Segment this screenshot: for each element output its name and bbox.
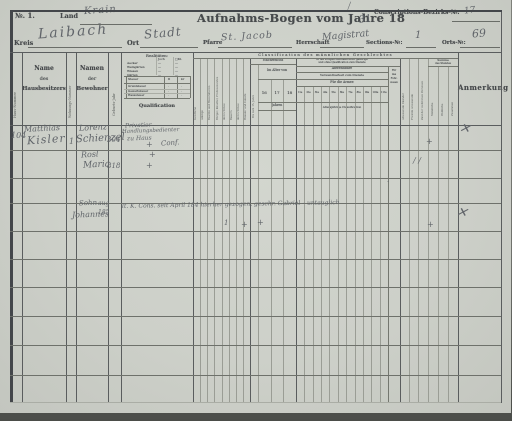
grid-line bbox=[218, 47, 292, 48]
grid-line bbox=[258, 102, 296, 103]
summe-group-title: des Standes bbox=[428, 63, 458, 66]
handwriting-entry: 185 bbox=[98, 210, 109, 216]
kreuzer-label: kr bbox=[181, 78, 184, 81]
handwriting-entry: + bbox=[427, 221, 434, 229]
classification-title: Classification des männlichen Geschlecht… bbox=[193, 53, 458, 57]
steuer-row-dot: · bbox=[181, 85, 182, 88]
vertical-column-label: Bauern bbox=[231, 110, 234, 120]
grid-line bbox=[313, 86, 314, 402]
handwriting-entry: + bbox=[146, 141, 153, 149]
form-title: Aufnahms-Bogen vom Jahre 18 bbox=[197, 13, 405, 25]
handwriting-entry: + bbox=[257, 219, 264, 227]
vertical-column-label: deren Söhne bbox=[238, 103, 241, 120]
grid-line bbox=[10, 178, 501, 179]
age-class-cell: 11te bbox=[380, 92, 388, 95]
grid-line bbox=[296, 72, 388, 73]
grid-line bbox=[320, 47, 364, 48]
vertical-column-label: Fremde Anwesende bbox=[412, 94, 415, 120]
realitaeten-row-dash: — bbox=[158, 74, 161, 77]
owner-column-header: Hausbesitzers bbox=[22, 87, 66, 93]
grid-line bbox=[428, 66, 458, 67]
grid-line bbox=[321, 86, 322, 402]
grid-line bbox=[418, 58, 419, 402]
anmerkung-column-header: Anmerkung bbox=[458, 84, 502, 91]
grid-line bbox=[250, 58, 251, 402]
grid-line bbox=[250, 64, 296, 65]
sections-label: Sections-№: bbox=[366, 41, 403, 47]
age-class-cell: 8te bbox=[355, 92, 363, 95]
nachwuchs-title: Nachwuchs bbox=[250, 59, 296, 63]
age-class-cell: 6te bbox=[338, 92, 346, 95]
grid-line bbox=[258, 79, 296, 80]
handwriting-entry: Conf. bbox=[161, 139, 180, 147]
grid-line bbox=[409, 58, 410, 402]
grid-line bbox=[140, 47, 198, 48]
grid-line bbox=[406, 47, 436, 48]
scanned-document-photo: №. 1. Land Krain Conscriptions-Bezirks-№… bbox=[0, 0, 512, 421]
grid-line bbox=[338, 86, 339, 402]
age-class-cell: 5te bbox=[329, 92, 337, 95]
grid-line bbox=[10, 287, 501, 288]
grid-line bbox=[126, 76, 127, 98]
vertical-column-label: Bürger, Künstler, Professionisten bbox=[217, 77, 220, 120]
grid-line bbox=[76, 52, 77, 402]
grid-line bbox=[28, 47, 122, 48]
handwriting-entry: 1 bbox=[69, 138, 74, 146]
vertical-column-label: deren Söhne bbox=[224, 103, 227, 120]
handwriting-entry: aug bbox=[98, 201, 109, 207]
bewohner-column-header: Namen bbox=[76, 66, 108, 72]
handwriting-entry: + bbox=[426, 138, 433, 146]
steuer-label: Steuer bbox=[128, 78, 138, 81]
grid-line bbox=[363, 86, 364, 402]
grid-line bbox=[80, 24, 152, 25]
owner-column-header: des bbox=[22, 77, 66, 82]
grid-line bbox=[371, 86, 372, 402]
age-class-cell: 9te bbox=[363, 92, 371, 95]
grid-line bbox=[156, 57, 157, 75]
fuhrwesen-label: wesen bbox=[388, 82, 400, 84]
grid-line bbox=[10, 316, 501, 317]
grid-line bbox=[380, 86, 381, 402]
grid-line bbox=[271, 79, 272, 402]
handwriting-entry: Sohn bbox=[79, 200, 97, 208]
grid-line bbox=[400, 58, 401, 402]
grid-line bbox=[10, 402, 501, 403]
grid-line bbox=[296, 86, 388, 87]
age-class-cell: 7te bbox=[346, 92, 354, 95]
handwriting-entry: Rosl bbox=[81, 151, 99, 160]
grid-line bbox=[108, 52, 109, 402]
ort-value-handwritten: Stadt bbox=[144, 25, 183, 40]
handwriting-entry: 304 bbox=[107, 137, 120, 144]
vertical-column-label: Haus-Nummer bbox=[14, 92, 18, 118]
vertical-column-label: Beamte und Honoratioren bbox=[209, 86, 212, 120]
steuer-row-label: Gewerbsteuer bbox=[128, 90, 148, 93]
handwriting-entry: + bbox=[241, 221, 248, 229]
grid-line bbox=[428, 58, 429, 402]
grid-line bbox=[258, 110, 296, 111]
jahren-label: Jahren bbox=[258, 104, 296, 107]
owner-column-header: Name bbox=[22, 66, 66, 72]
vertical-column-label: Adelige bbox=[202, 110, 205, 120]
grid-line bbox=[296, 66, 400, 67]
sections-value-handwritten: 1 bbox=[415, 31, 421, 41]
pfarre-label: Pfarre bbox=[203, 41, 222, 47]
orts-value-handwritten: 69 bbox=[472, 28, 487, 40]
grid-line bbox=[296, 58, 297, 402]
steuer-row-label: Grundsteuer bbox=[128, 85, 146, 88]
handwriting-entry: + bbox=[146, 162, 153, 170]
grid-line bbox=[10, 375, 501, 376]
vertical-column-label: Geistliche bbox=[195, 107, 198, 120]
grid-line bbox=[501, 10, 502, 403]
steuer-row-dot: · bbox=[168, 85, 169, 88]
vertical-column-label: Häusler und Inleute bbox=[245, 94, 248, 120]
steuer-row-label: Haussteuer bbox=[128, 94, 144, 97]
vertical-column-label: Wohnungs-Nummer bbox=[69, 86, 72, 118]
age-class-cell: 10te bbox=[371, 92, 379, 95]
vertical-column-label: Zusammen bbox=[452, 102, 455, 116]
anwendbare-label: Anwendbare bbox=[296, 67, 388, 70]
alters-classification-footer: Altersjährige Classification bbox=[296, 106, 388, 109]
handwriting-entry: 1 bbox=[224, 220, 228, 227]
grid-line bbox=[452, 21, 500, 22]
grid-line bbox=[10, 345, 501, 346]
form-number: №. 1. bbox=[15, 12, 35, 19]
grid-line bbox=[438, 66, 439, 402]
grid-line bbox=[10, 259, 501, 260]
handwriting-entry: + bbox=[149, 151, 156, 159]
im-alter-von-label: Im Alter von bbox=[258, 69, 296, 72]
kreis-label: Kreis bbox=[14, 40, 33, 47]
grid-line bbox=[22, 52, 23, 402]
grid-line bbox=[458, 52, 459, 402]
grid-line bbox=[329, 86, 330, 402]
steuer-row-dot: · bbox=[168, 94, 169, 97]
pfarre-value-handwritten: St. Jacob bbox=[221, 31, 273, 43]
realitaeten-row-label: Gärten bbox=[127, 74, 138, 77]
vertical-column-label: Zahl der weiblichen Personen bbox=[422, 81, 425, 120]
vertical-column-label: Bis zum 15. Jahre bbox=[253, 95, 256, 118]
grid-line bbox=[296, 79, 388, 80]
grid-line bbox=[355, 86, 356, 402]
nachwuchs-year-cell: 16 bbox=[258, 91, 271, 95]
qualification-footer: Qualification bbox=[121, 104, 193, 109]
vertical-column-label: Weibliche bbox=[442, 104, 445, 116]
florin-label: fl bbox=[168, 78, 170, 81]
grid-line bbox=[448, 66, 449, 402]
grid-line bbox=[193, 52, 194, 402]
form-title-year-handwritten: 31 bbox=[358, 14, 372, 26]
handwriting-entry: · bbox=[387, 179, 389, 186]
grid-line bbox=[66, 52, 67, 402]
grid-line bbox=[173, 57, 174, 75]
ort-label: Ort bbox=[127, 40, 139, 47]
age-class-cell: 4te bbox=[321, 92, 329, 95]
tauglichkeit-label: Verwendbarkeit zum Dienste bbox=[296, 74, 388, 77]
vertical-column-label: Abwesende Inländer bbox=[403, 93, 406, 120]
grid-line bbox=[460, 47, 500, 48]
grid-line bbox=[283, 79, 284, 402]
handwriting-entry: Kisler bbox=[27, 133, 66, 147]
realitaeten-row-dash: — bbox=[175, 74, 178, 77]
land-label: Land bbox=[60, 13, 78, 20]
grid-line bbox=[10, 231, 501, 232]
handwriting-entry: Lorenz bbox=[79, 123, 107, 132]
grid-line bbox=[346, 86, 347, 402]
grid-line bbox=[10, 52, 502, 53]
steuer-row-dot: · bbox=[181, 94, 182, 97]
fuer-die-armee-label: Für die Armee bbox=[296, 81, 388, 84]
handwriting-entry: ∕ ∕ bbox=[413, 157, 421, 165]
age-class-cell: 3te bbox=[313, 92, 321, 95]
bewohner-column-header: Bewohner bbox=[76, 87, 108, 93]
bewohner-column-header: der bbox=[76, 77, 108, 82]
handwriting-entry: 818 bbox=[107, 163, 120, 170]
grid-line bbox=[164, 76, 165, 98]
grid-line bbox=[304, 86, 305, 402]
grid-line bbox=[177, 76, 178, 98]
vertical-column-label: Männliche bbox=[432, 103, 435, 116]
orts-label: Orts-№: bbox=[442, 41, 466, 47]
vertical-column-label: Geburts-Jahr bbox=[113, 93, 117, 116]
grid-line bbox=[124, 98, 190, 99]
qualification-title: Realitäten: bbox=[121, 54, 193, 58]
grid-line bbox=[190, 76, 191, 98]
nachwuchs-year-cell: 18 bbox=[283, 91, 296, 95]
nachwuchs-year-cell: 17 bbox=[271, 91, 284, 95]
armee-group-text: und ohne Qualification zum Dienste bbox=[296, 62, 388, 65]
grid-line bbox=[121, 52, 122, 402]
grid-line bbox=[10, 10, 502, 12]
age-class-cell: 1te bbox=[296, 92, 304, 95]
grid-line bbox=[258, 64, 259, 402]
age-class-cell: 2te bbox=[304, 92, 312, 95]
grid-line bbox=[296, 102, 388, 103]
grid-line bbox=[193, 58, 458, 59]
grid-line bbox=[388, 66, 389, 402]
